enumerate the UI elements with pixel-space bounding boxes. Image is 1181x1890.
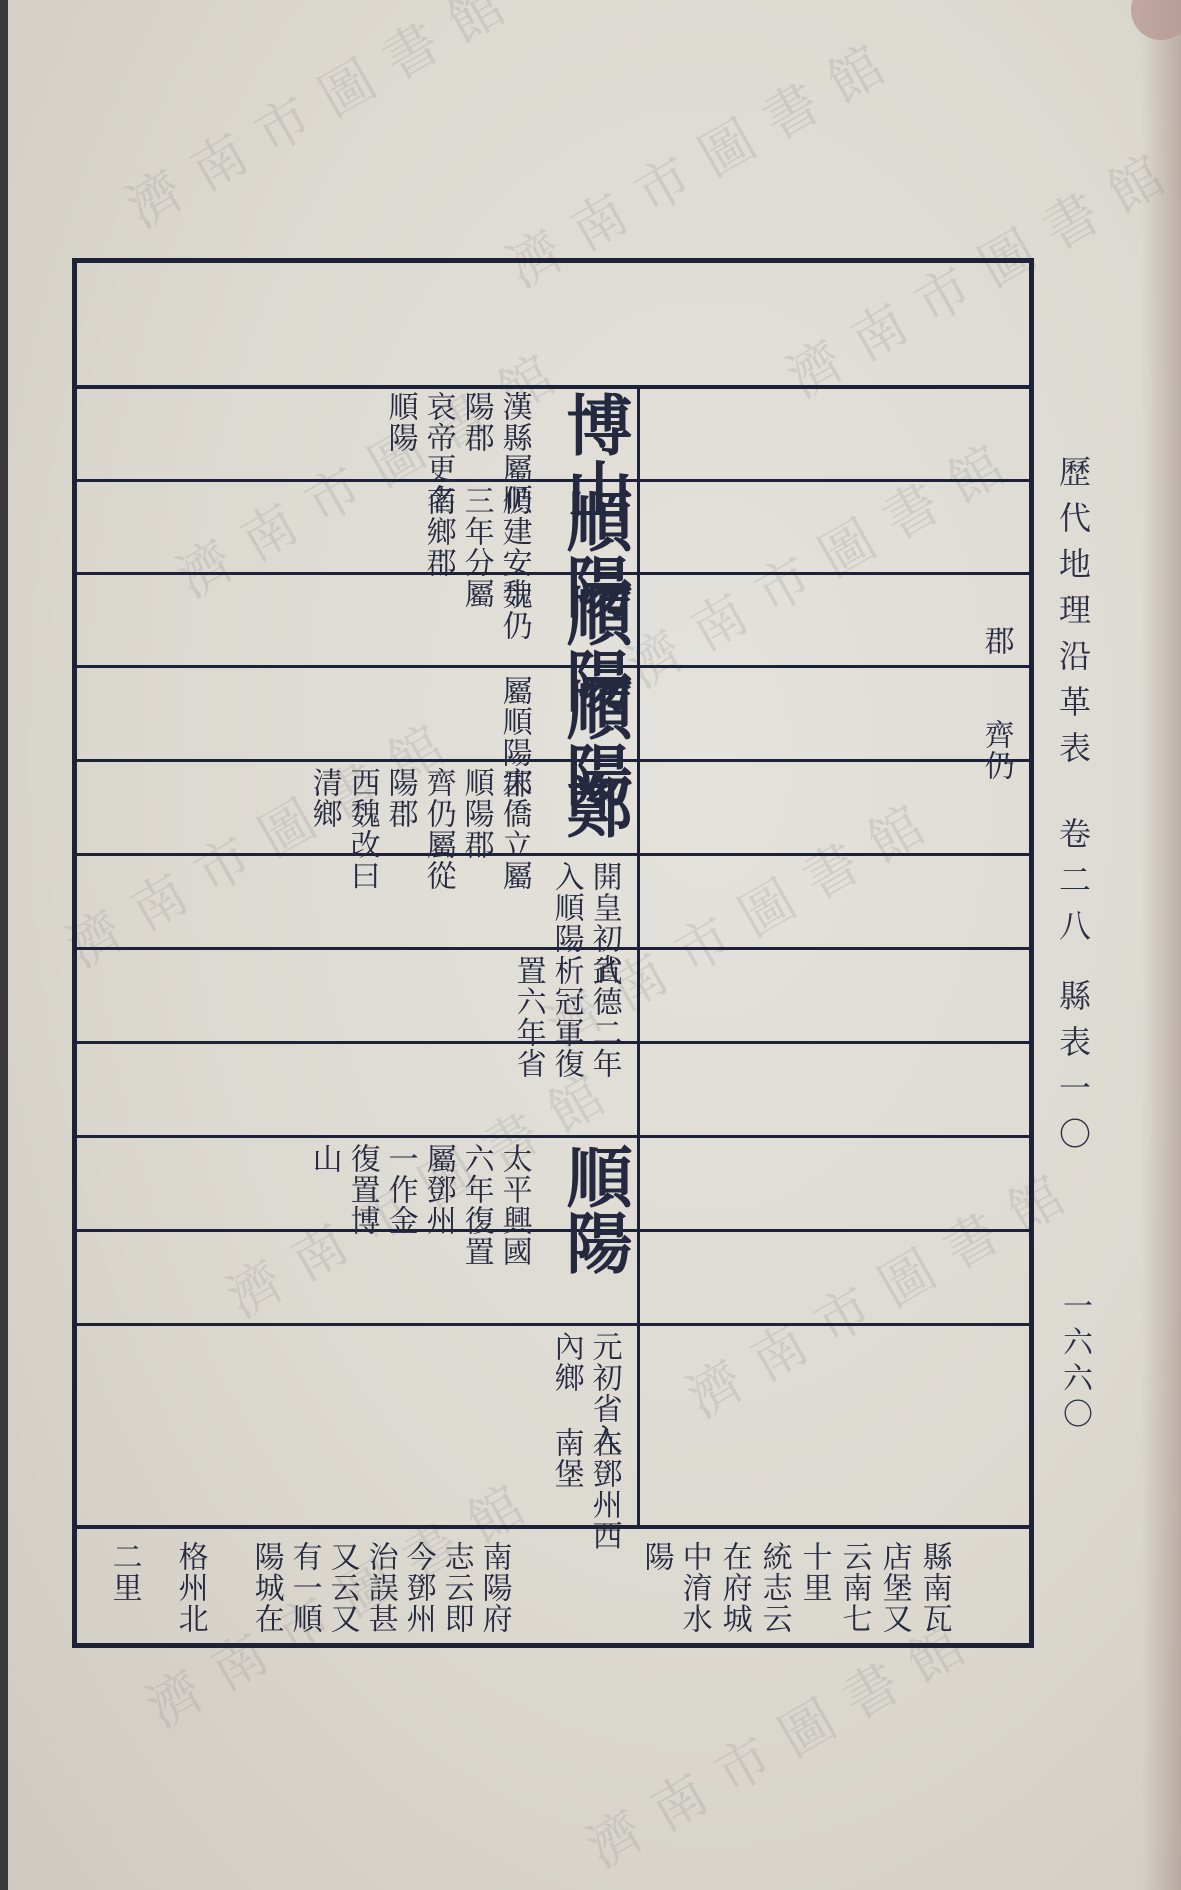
table-rule: [77, 572, 1029, 575]
table-rule: [77, 1323, 1029, 1326]
annotation: 西魏改曰: [345, 767, 379, 891]
annotation: 武德二年: [587, 955, 621, 1079]
table-rule: [77, 1525, 1029, 1529]
column-divider: [637, 385, 640, 1525]
note-text: 有一順: [287, 1541, 321, 1634]
gazetteer-table: 郡 齊仍 博山 順陽 順陽 順陽 鄭 漢縣屬順 陽郡 哀帝更名 順陽 仍建安十 …: [72, 258, 1034, 1648]
note-text: 統志云: [757, 1541, 791, 1634]
note-text: 在府城: [717, 1541, 751, 1634]
note-text: 格州北: [173, 1541, 207, 1634]
page-edge-shade: [1141, 0, 1181, 1890]
table-rule: [77, 1229, 1029, 1232]
annotation: 入順陽: [549, 861, 583, 954]
note-text: 云南七: [837, 1541, 871, 1634]
annotation: 六年復置: [459, 1143, 493, 1267]
annotation: 屬鄧州: [421, 1143, 455, 1236]
annotation: 山: [307, 1143, 341, 1174]
note-text: 店堡又: [877, 1541, 911, 1634]
annotation: 魏仍: [497, 579, 531, 641]
note-text: 今鄧州: [401, 1541, 435, 1634]
annotation: 三年分屬: [459, 485, 493, 609]
table-rule: [77, 665, 1029, 668]
running-header: 歷代地理沿革表卷二八縣表一〇: [1050, 455, 1096, 1163]
table-rule: [77, 479, 1029, 482]
watermark: 濟南市圖書館: [110, 0, 533, 243]
thumb-corner: [1131, 0, 1181, 40]
note-text: 治誤甚: [363, 1541, 397, 1634]
annotation: 齊仍屬從: [421, 767, 455, 891]
book-title: 歷代地理沿革表: [1054, 455, 1092, 777]
note-text: 陽: [639, 1541, 673, 1572]
annotation: 析冠軍復: [549, 955, 583, 1079]
table-rule: [77, 759, 1029, 762]
scanned-page: 濟南市圖書館 濟南市圖書館 濟南市圖書館 濟南市圖書館 濟南市圖書館 濟南市圖書…: [0, 0, 1181, 1890]
annotation: 清鄉: [307, 767, 341, 829]
county-heading: 順陽: [561, 1143, 627, 1275]
binding-shadow: [0, 0, 8, 1890]
annotation: 陽郡: [459, 391, 493, 453]
page-number: 一六六〇: [1052, 1290, 1096, 1434]
annotation: 一作金: [383, 1143, 417, 1236]
right-column-entry: 郡: [979, 625, 1013, 656]
table-rule: [77, 853, 1029, 856]
note-text: 志云即: [439, 1541, 473, 1634]
table-rule: [77, 1135, 1029, 1138]
annotation: 復置博: [345, 1143, 379, 1236]
right-column-entry: 齊仍: [979, 719, 1013, 781]
annotation: 陽郡: [383, 767, 417, 829]
annotation: 內鄉: [549, 1331, 583, 1393]
annotation: 宋僑立屬: [497, 767, 531, 891]
annotation: 置六年省: [511, 955, 545, 1079]
volume-number: 卷二八: [1054, 817, 1092, 955]
annotation: 太平興國: [497, 1143, 531, 1267]
note-text: 二里: [107, 1541, 141, 1603]
note-text: 南堡: [549, 1427, 583, 1489]
annotation: 南鄉郡: [421, 485, 455, 578]
note-text: 中淯水: [677, 1541, 711, 1634]
table-rule: [77, 385, 1029, 389]
section-label: 縣表一〇: [1054, 979, 1092, 1163]
note-text: 在鄧州西: [587, 1427, 621, 1551]
note-text: 又云又: [325, 1541, 359, 1634]
note-text: 縣南瓦: [917, 1541, 951, 1634]
annotation: 順陽: [383, 391, 417, 453]
note-text: 陽城在: [249, 1541, 283, 1634]
note-text: 十里: [797, 1541, 831, 1603]
county-heading: 鄭: [561, 773, 627, 839]
note-text: 南陽府: [477, 1541, 511, 1634]
annotation: 順陽郡: [459, 767, 493, 860]
